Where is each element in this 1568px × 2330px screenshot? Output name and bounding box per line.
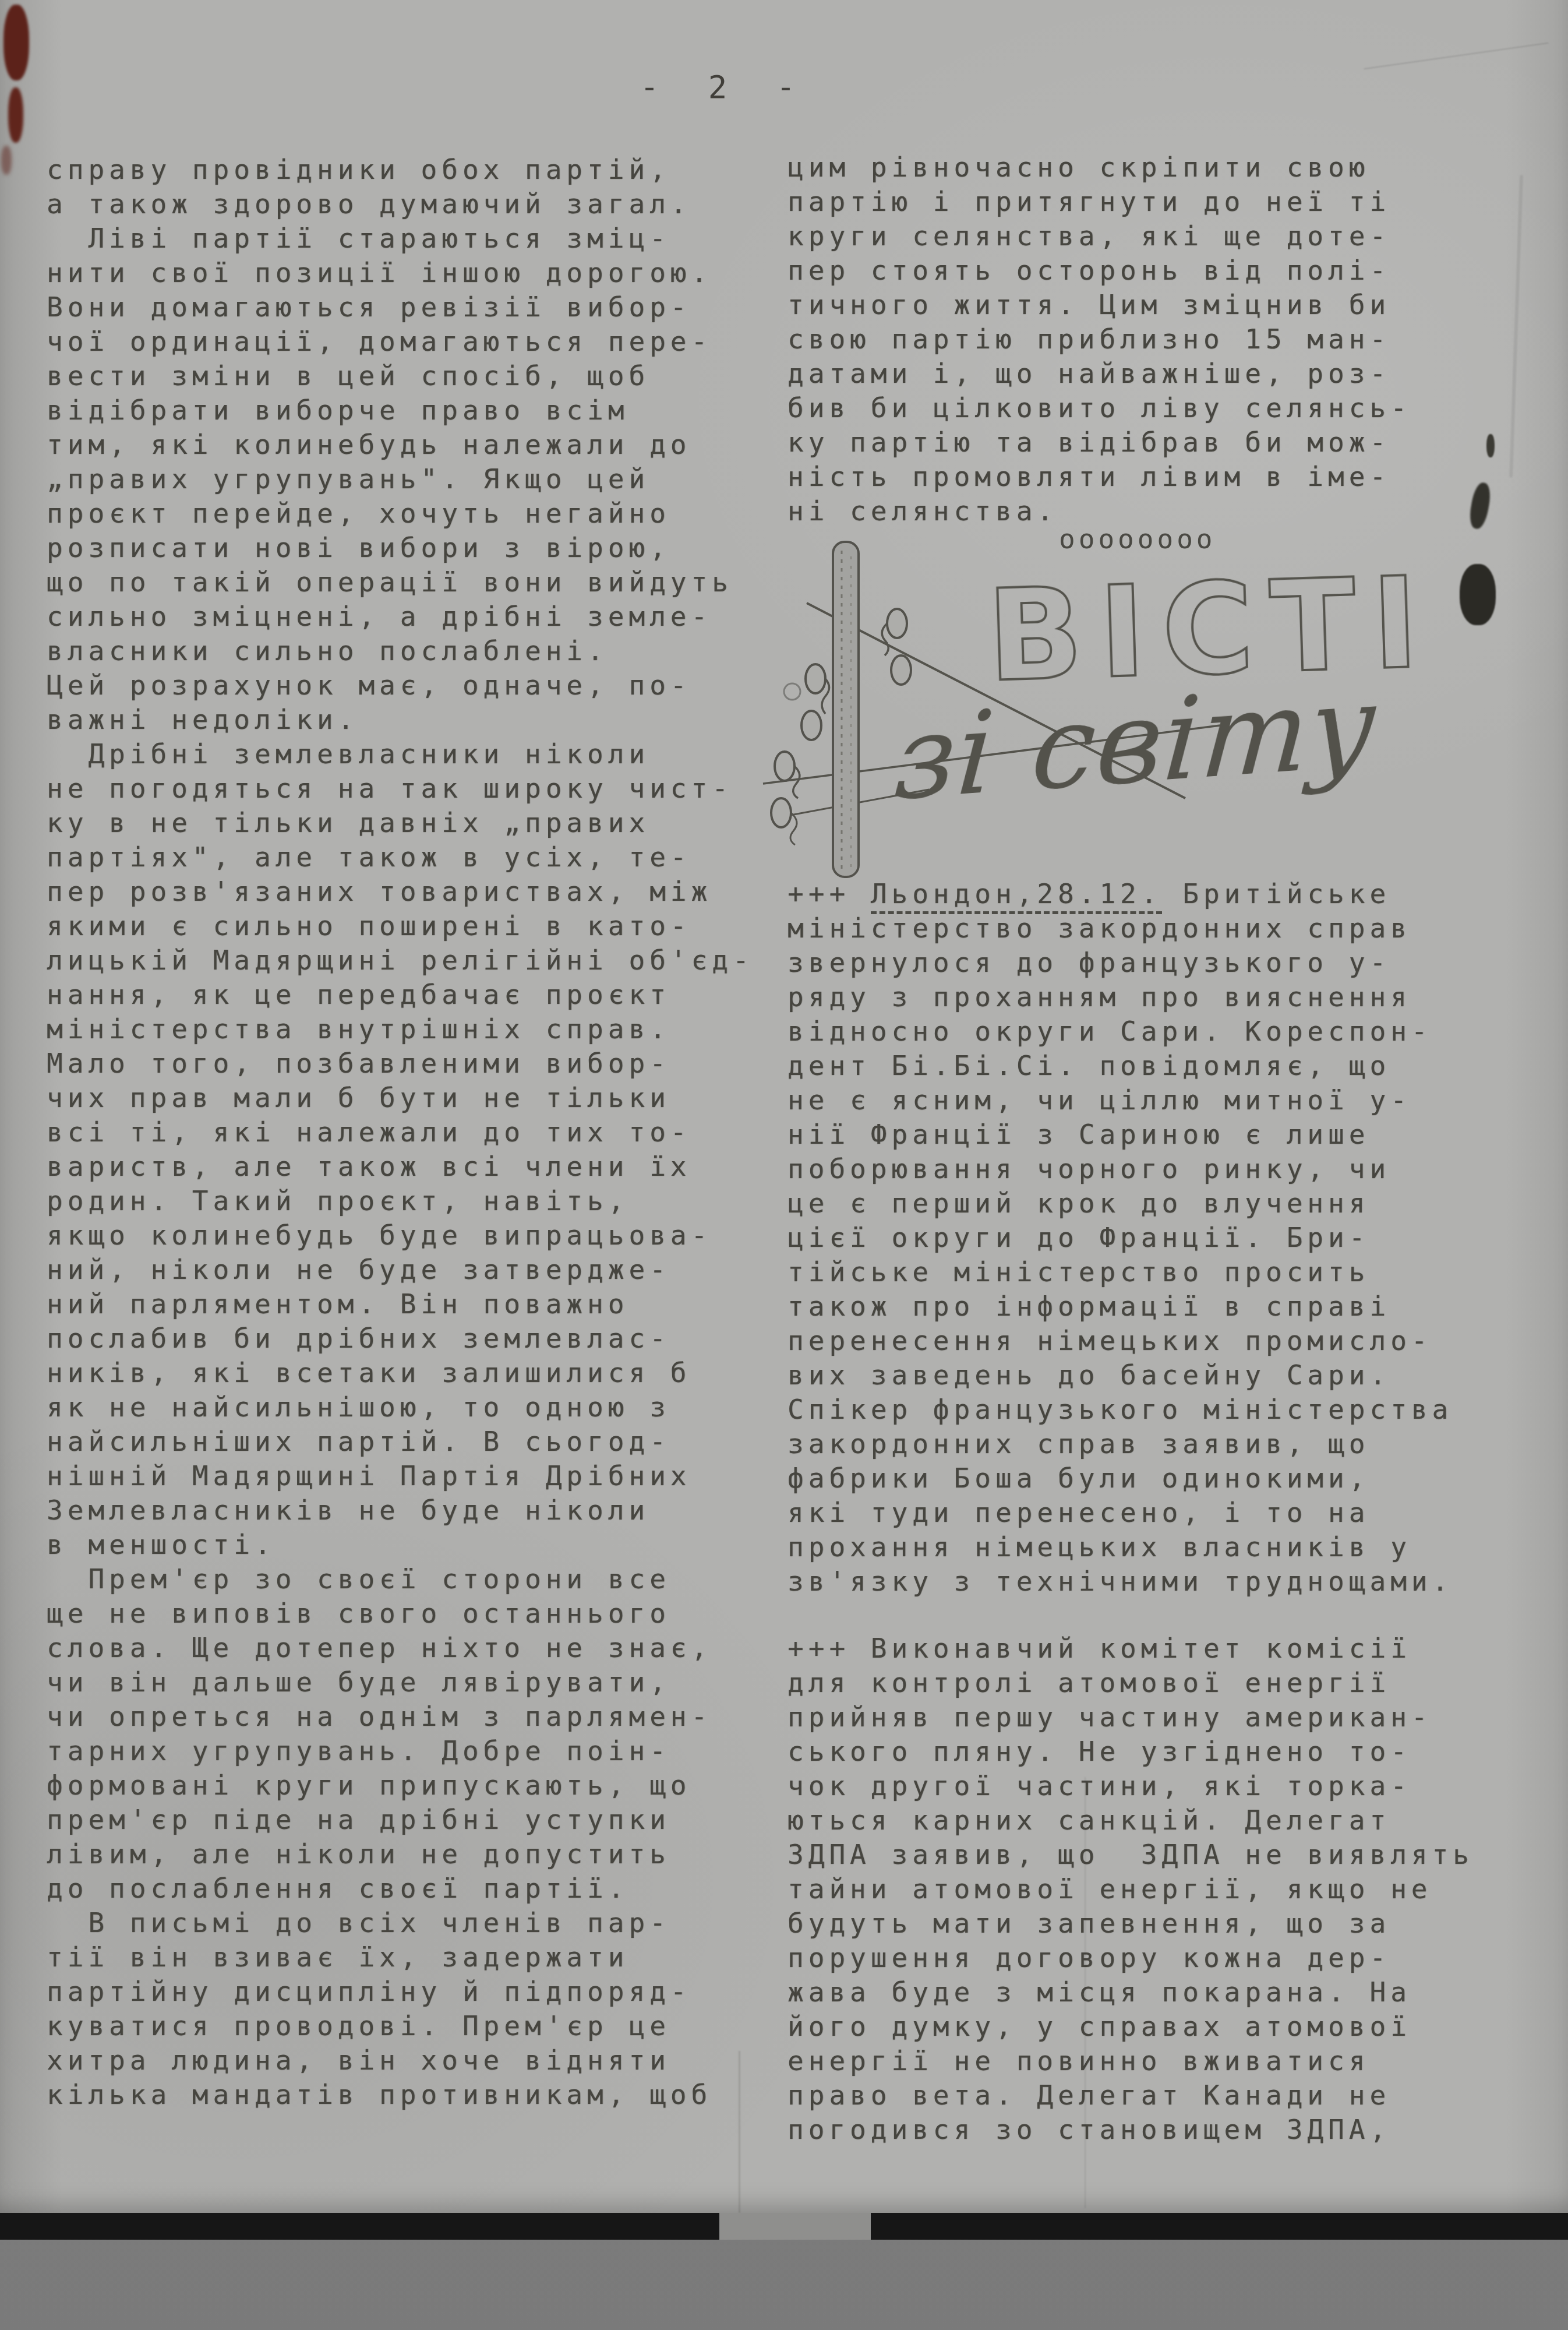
dateline-london: Льондон,28.12.	[871, 878, 1162, 914]
red-ink-mark	[8, 87, 23, 143]
paper-sheet: - 2 - справу провідники обох партій, а т…	[0, 0, 1568, 2213]
news-marker: +++	[787, 878, 871, 910]
news-item-atomic-committee: +++ Виконавчий комітет комісії для контр…	[787, 1631, 1562, 2147]
news-first-line-rest: Бритійське	[1162, 878, 1391, 910]
left-column-text: справу провідники обох партій, а також з…	[47, 153, 792, 2112]
page-edge-shadow	[0, 2213, 1568, 2240]
page-edge-gap	[719, 2213, 871, 2240]
paper-crease	[1364, 43, 1548, 70]
ink-blot	[1460, 564, 1496, 625]
paper-crease	[739, 2051, 740, 2213]
masthead: ВІСТІ зі світу	[754, 533, 1568, 889]
paper-crease	[1085, 1777, 1086, 2208]
news-body-london: міністерство закордонних справ звернулос…	[787, 912, 1453, 1597]
red-ink-mark	[1, 146, 12, 175]
right-column-intro-text: цим рівночасно скріпити свою партію і пр…	[787, 150, 1562, 528]
page-number: - 2 -	[638, 69, 813, 105]
ink-blot	[1486, 434, 1495, 457]
news-item-london: +++ Льондон,28.12. Бритійськеміністерств…	[787, 877, 1562, 1599]
scanned-page: - 2 - справу провідники обох партій, а т…	[0, 0, 1568, 2330]
red-ink-mark	[3, 5, 29, 80]
